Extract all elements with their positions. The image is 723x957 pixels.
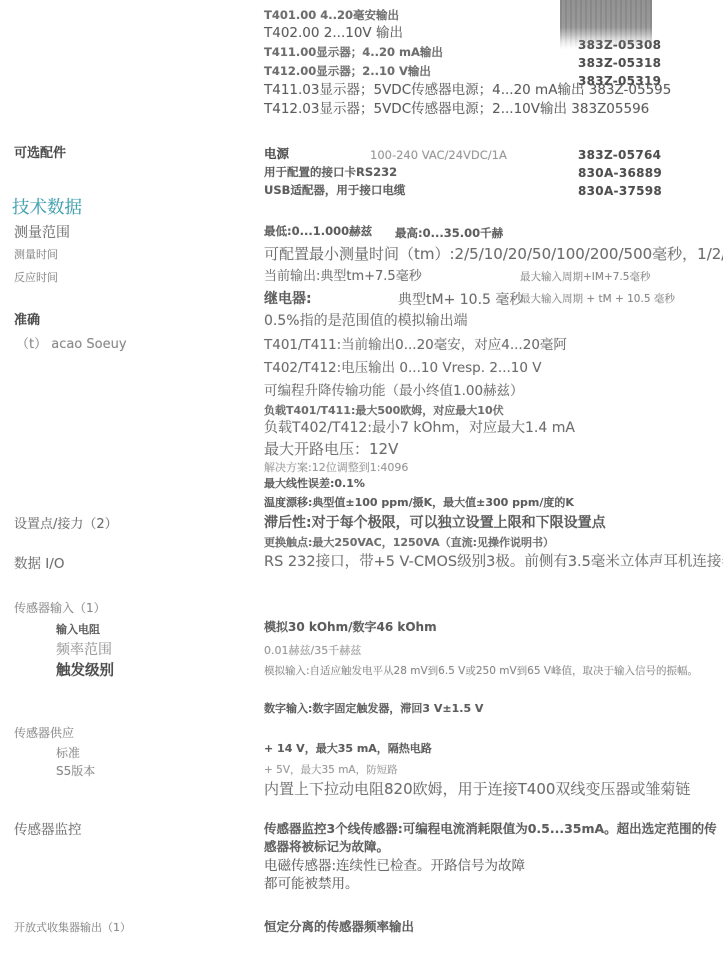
product-line: T412.03显示器；5VDC传感器电源；2...10V输出 383Z05596 bbox=[264, 101, 649, 118]
spec-accuracy-3: T402/T412:电压输出 0...10 Vresp. 2...10 V bbox=[264, 360, 542, 377]
spec-label-frequency-range: 频率范围 bbox=[56, 642, 112, 660]
spec-accuracy-8: 解决方案:12位调整到1:4096 bbox=[264, 461, 408, 475]
spec-accuracy-1: 0.5%指的是范围值的模拟输出端 bbox=[264, 313, 468, 331]
spec-range-low: 最低:0...1.000赫兹 bbox=[264, 224, 372, 238]
spec-label-response-time: 反应时间 bbox=[14, 271, 58, 285]
spec-relay-note: 最大输入周期 + tM + 10.5 毫秒 bbox=[520, 293, 675, 306]
spec-setpoint-2: 更换触点:最大250VAC，1250VA（直流:见操作说明书） bbox=[264, 536, 554, 550]
spec-supply-standard: + 14 V，最大35 mA，隔热电路 bbox=[264, 742, 432, 756]
spec-accuracy-2: T401/T411:当前输出0...20毫安，对应4...20毫阿 bbox=[264, 337, 567, 354]
spec-measuring-time: 可配置最小测量时间（tm）:2/5/10/20/50/100/200/500毫秒… bbox=[264, 245, 723, 264]
spec-accuracy-7: 最大开路电压：12V bbox=[264, 440, 398, 459]
spec-relay-name: 继电器: bbox=[264, 291, 312, 309]
spec-label-input-resistance: 输入电阻 bbox=[56, 623, 100, 637]
spec-label-data-io: 数据 I/O bbox=[14, 556, 64, 573]
part-number: 830A-37598 bbox=[578, 184, 662, 199]
accessory-power-label: 电源 bbox=[264, 146, 289, 162]
spec-label-accuracy: 准确 bbox=[14, 313, 40, 329]
spec-accuracy-4: 可编程升降传输功能（最小终值1.00赫兹） bbox=[264, 383, 524, 400]
spec-frequency-range: 0.01赫兹/35千赫兹 bbox=[264, 644, 361, 658]
spec-accuracy-10: 温度漂移:典型值±100 ppm/摄K，最大值±300 ppm/度的K bbox=[264, 496, 574, 510]
spec-label-accuracy-sub: （t） acao Soeuy bbox=[16, 337, 127, 353]
section-label-accessories: 可选配件 bbox=[14, 146, 66, 162]
section-label-open-collector: 开放式收集器输出（1） bbox=[14, 921, 131, 935]
spec-monitor-2: 电磁传感器:连续性已检查。开路信号为故障 bbox=[264, 858, 525, 875]
spec-accuracy-6: 负载T402/T412:最小7 kOhm，对应最大1.4 mA bbox=[264, 420, 575, 438]
section-label-sensor-supply: 传感器供应 bbox=[14, 726, 74, 741]
product-line: T402.00 2...10V 输出 bbox=[264, 25, 403, 42]
spec-label-standard: 标准 bbox=[56, 746, 80, 761]
datasheet-page: T401.00 4..20毫安输出 T402.00 2...10V 输出 383… bbox=[0, 0, 723, 957]
accessory-rs232-card: 用于配置的接口卡RS232 bbox=[264, 165, 397, 179]
section-label-sensor-monitor: 传感器监控 bbox=[14, 822, 82, 839]
spec-monitor-3: 都可能被禁用。 bbox=[264, 876, 359, 893]
spec-label-s5-version: S5版本 bbox=[56, 764, 95, 779]
spec-label-measuring-time: 测量时间 bbox=[14, 248, 58, 262]
spec-label-setpoints: 设置点/接力（2） bbox=[14, 517, 118, 533]
product-line: T411.03显示器；5VDC传感器电源；4...20 mA输出 383Z-05… bbox=[264, 82, 671, 99]
spec-input-resistance: 模拟30 kOhm/数字46 kOhm bbox=[264, 620, 437, 635]
spec-builtin-resistor: 内置上下拉动电阻820欧姆，用于连接T400双线变压器或雏菊链 bbox=[264, 780, 690, 799]
spec-data-io: RS 232接口，带+5 V-CMOS级别3极。前侧有3.5毫米立体声耳机连接器… bbox=[264, 553, 723, 571]
spec-label-trigger-level: 触发级别 bbox=[56, 662, 114, 680]
spec-range-high: 最高:0...35.00千赫 bbox=[395, 226, 503, 240]
spec-relay-value: 典型tM+ 10.5 毫秒 bbox=[398, 292, 523, 310]
spec-monitor-1: 传感器监控3个线传感器:可编程电流消耗限值为0.5...35mA。超出选定范围的… bbox=[264, 820, 722, 856]
spec-supply-s5: + 5V，最大35 mA，防短路 bbox=[264, 764, 398, 777]
accessory-usb-adapter: USB适配器，用于接口电缆 bbox=[264, 183, 405, 197]
spec-response-current: 当前输出:典型tm+7.5毫秒 bbox=[264, 269, 422, 285]
part-number: 383Z-05764 bbox=[578, 148, 661, 163]
part-number: 383Z-05318 bbox=[578, 56, 661, 71]
section-label-sensor-input: 传感器输入（1） bbox=[14, 601, 106, 616]
spec-label-measuring-range: 测量范围 bbox=[14, 225, 70, 243]
spec-trigger-digital: 数字输入:数字固定触发器，滞回3 V±1.5 V bbox=[264, 702, 483, 716]
accessory-power-value: 100-240 VAC/24VDC/1A bbox=[370, 148, 507, 162]
spec-response-note: 最大输入周期+IM+7.5毫秒 bbox=[520, 271, 650, 284]
spec-accuracy-9: 最大线性误差:0.1% bbox=[264, 477, 365, 491]
product-line: T401.00 4..20毫安输出 bbox=[264, 8, 399, 22]
product-line: T411.00显示器；4..20 mA输出 bbox=[264, 45, 443, 59]
spec-trigger-analog: 模拟输入:自适应触发电平从28 mV到6.5 V或250 mV到65 V峰值，取… bbox=[264, 665, 698, 678]
spec-open-collector: 恒定分离的传感器频率输出 bbox=[264, 919, 414, 935]
product-line: T412.00显示器；2..10 V输出 bbox=[264, 64, 431, 78]
part-number: 830A-36889 bbox=[578, 166, 662, 181]
scan-smudge-artifact bbox=[560, 0, 652, 50]
spec-accuracy-5: 负载T401/T411:最大500欧姆，对应最大10伏 bbox=[264, 404, 504, 418]
spec-setpoint-1: 滞后性:对于每个极限，可以独立设置上限和下限设置点 bbox=[264, 515, 606, 533]
section-heading-tech-data: 技术数据 bbox=[12, 198, 82, 220]
